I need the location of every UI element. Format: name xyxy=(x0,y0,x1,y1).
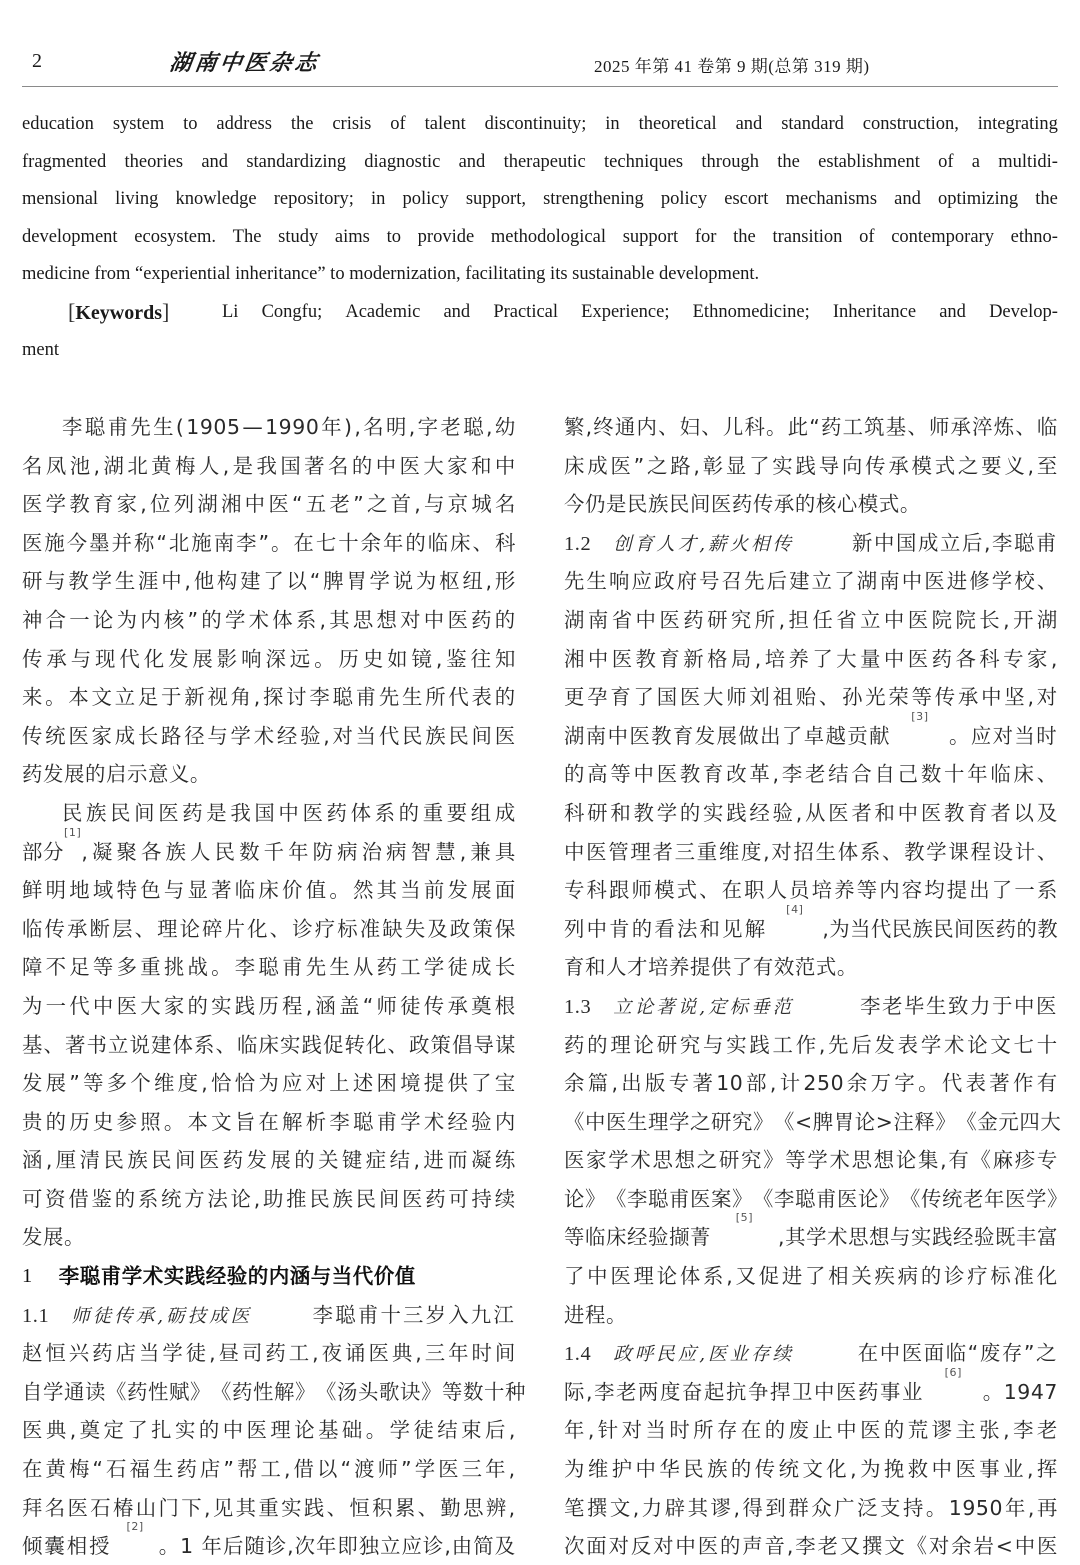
body-line: 繁,终通内、妇、儿科。此“药工筑基、师承淬炼、临 xyxy=(564,408,1058,447)
subsection-title: 创育人才,薪火相传 xyxy=(613,534,794,555)
text: 李聪甫十三岁入九江 xyxy=(313,1296,516,1335)
body-line-with-ref: 湖南中医教育发展做出了卓越贡献 [3] 。应对当时 xyxy=(564,717,1058,756)
body-line: 湘中医教育新格局,培养了大量中医药各科专家, xyxy=(564,640,1058,679)
body-line-with-ref: 际,李老两度奋起抗争捍卫中医药事业 [6] 。1947 xyxy=(564,1373,1058,1412)
abstract-line: educationsystemtoaddressthecrisisoftalen… xyxy=(22,110,1058,148)
text: 部分 xyxy=(22,833,64,872)
body-line: 赵恒兴药店当学徒,昼司药工,夜诵医典,三年时间 xyxy=(22,1334,516,1373)
subsection-number: 1.4 xyxy=(564,1343,591,1365)
english-abstract: educationsystemtoaddressthecrisisoftalen… xyxy=(22,110,1058,298)
body-line: 临传承断层、理论碎片化、诊疗标准缺失及政策保 xyxy=(22,910,516,949)
subsection-1-2-line: 1.2创育人才,薪火相传 新中国成立后,李聪甫 xyxy=(564,524,1058,563)
text: 。1947 xyxy=(983,1373,1058,1412)
body-line: 可资借鉴的系统方法论,助推民族民间医药可持续 xyxy=(22,1180,516,1219)
body-line: 涵,厘清民族民间医药发展的关键症结,进而凝练 xyxy=(22,1141,516,1180)
running-header: 2 湖南中医杂志 2025 年第 41 卷第 9 期(总第 319 期) xyxy=(22,46,1058,87)
issue-info: 2025 年第 41 卷第 9 期(总第 319 期) xyxy=(594,52,870,77)
body-line: 医学教育家,位列湖湘中医“五老”之首,与京城名 xyxy=(22,485,516,524)
subsection-1-1-line: 1.1师徒传承,砺技成医 李聪甫十三岁入九江 xyxy=(22,1296,516,1335)
keywords-text: LiCongfu;AcademicandPracticalExperience;… xyxy=(222,297,1058,335)
body-line: 医典,奠定了扎实的中医理论基础。学徒结束后, xyxy=(22,1411,516,1450)
body-line: 在黄梅“石福生药店”帮工,借以“渡师”学医三年, xyxy=(22,1450,516,1489)
body-line: 民族民间医药是我国中医药体系的重要组成 xyxy=(22,794,516,833)
subsection-number: 1.2 xyxy=(564,533,591,555)
citation-ref-1[interactable]: [1] xyxy=(64,833,81,872)
body-line: 发展”等多个维度,恰恰为应对上述困境提供了宝 xyxy=(22,1064,516,1103)
body-line: 先生响应政府号召先后建立了湖南中医进修学校、 xyxy=(564,562,1058,601)
body-line: 的高等中医教育改革,李老结合自己数十年临床、 xyxy=(564,755,1058,794)
body-line: 神合一论为内核”的学术体系,其思想对中医药的 xyxy=(22,601,516,640)
body-line: 贵的历史参照。本文旨在解析李聪甫学术经验内 xyxy=(22,1103,516,1142)
body-line: 基、著书立说建体系、临床实践促转化、政策倡导谋 xyxy=(22,1026,516,1065)
body-line: 为维护中华民族的传统文化,为挽救中医事业,挥 xyxy=(564,1450,1058,1489)
section-heading-1: 1 李聪甫学术实践经验的内涵与当代价值 xyxy=(22,1257,516,1296)
text: 列中肯的看法和见解 xyxy=(564,910,767,949)
body-line: 次面对反对中医的声音,李老又撰文《对余岩<中医 xyxy=(564,1527,1058,1565)
body-line: 药发展的启示意义。 xyxy=(22,755,516,794)
body-line: 来。本文立足于新视角,探讨李聪甫先生所代表的 xyxy=(22,678,516,717)
text: 倾囊相授 xyxy=(22,1527,112,1565)
body-line: 了中医理论体系,又促进了相关疾病的诊疗标准化 xyxy=(564,1257,1058,1296)
body-line: 名凤池,湖北黄梅人,是我国著名的中医大家和中 xyxy=(22,447,516,486)
body-line: 今仍是民族民间医药传承的核心模式。 xyxy=(564,485,1058,524)
abstract-line: fragmentedtheoriesandstandardizingdiagno… xyxy=(22,148,1058,186)
body-line: 湖南省中医药研究所,担任省立中医院院长,开湖 xyxy=(564,601,1058,640)
body-line: 研与教学生涯中,他构建了以“脾胃学说为枢纽,形 xyxy=(22,562,516,601)
subsection-1-3-line: 1.3立论著说,定标垂范 李老毕生致力于中医 xyxy=(564,987,1058,1026)
abstract-line: mensionallivingknowledgerepository;inpol… xyxy=(22,185,1058,223)
abstract-line: medicine from “experiential inheritance”… xyxy=(22,260,1058,298)
keywords-text-cont: ment xyxy=(22,335,1058,365)
keywords-line: [Keywords] LiCongfu;AcademicandPractical… xyxy=(22,297,1058,335)
subsection-title: 师徒传承,砺技成医 xyxy=(71,1306,252,1327)
text: 新中国成立后,李聪甫 xyxy=(852,524,1058,563)
subsection-title: 政呼民应,医业存续 xyxy=(613,1344,794,1365)
section-number: 1 xyxy=(22,1257,33,1296)
body-line: 医施今墨并称“北施南李”。在七十余年的临床、科 xyxy=(22,524,516,563)
body-line: 《中医生理学之研究》《<脾胃论>注释》《金元四大 xyxy=(564,1103,1058,1142)
text: 李老毕生致力于中医 xyxy=(860,987,1058,1026)
text: ,为当代民族民间医药的教 xyxy=(822,910,1058,949)
body-line: 更孕育了国医大师刘祖贻、孙光荣等传承中坚,对 xyxy=(564,678,1058,717)
citation-ref-3[interactable]: [3] xyxy=(911,717,928,756)
text: 等临床经验撷菁 xyxy=(564,1218,711,1257)
keywords: [Keywords] LiCongfu;AcademicandPractical… xyxy=(22,297,1058,365)
text: 湖南中医教育发展做出了卓越贡献 xyxy=(564,717,891,756)
text: 。1 年后随诊,次年即独立应诊,由简及 xyxy=(159,1527,516,1565)
body-line: 专科跟师模式、在职人员培养等内容均提出了一系 xyxy=(564,871,1058,910)
body-line: 药的理论研究与实践工作,先后发表学术论文七十 xyxy=(564,1026,1058,1065)
subsection-title: 立论著说,定标垂范 xyxy=(613,997,794,1018)
body-line: 笔撰文,力辟其谬,得到群众广泛支持。1950年,再 xyxy=(564,1489,1058,1528)
body-line: 发展。 xyxy=(22,1218,516,1257)
page-number: 2 xyxy=(32,50,42,73)
citation-ref-4[interactable]: [4] xyxy=(786,910,803,949)
abstract-line: developmentecosystem.Thestudyaimstoprovi… xyxy=(22,223,1058,261)
journal-name: 湖南中医杂志 xyxy=(168,46,322,77)
body-line: 余篇,出版专著10部,计250余万字。代表著作有 xyxy=(564,1064,1058,1103)
body-line: 床成医”之路,彰显了实践导向传承模式之要义,至 xyxy=(564,447,1058,486)
body-line: 鲜明地域特色与显著临床价值。然其当前发展面 xyxy=(22,871,516,910)
left-column: 李聪甫先生(1905—1990年),名明,字老聪,幼 名凤池,湖北黄梅人,是我国… xyxy=(22,408,516,1565)
citation-ref-6[interactable]: [6] xyxy=(945,1373,962,1412)
body-line: 为一代中医大家的实践历程,涵盖“师徒传承奠根 xyxy=(22,987,516,1026)
body-line: 年,针对当时所存在的废止中医的荒谬主张,李老 xyxy=(564,1411,1058,1450)
body-line: 医家学术思想之研究》等学术思想论集,有《麻疹专 xyxy=(564,1141,1058,1180)
body-line: 拜名医石椿山门下,见其重实践、恒积累、勤思辨, xyxy=(22,1489,516,1528)
subsection-number: 1.1 xyxy=(22,1305,49,1327)
body-line: 传承与现代化发展影响深远。历史如镜,鉴往知 xyxy=(22,640,516,679)
body-line: 育和人才培养提供了有效范式。 xyxy=(564,948,1058,987)
keywords-label-group: [Keywords] xyxy=(68,297,169,335)
body-line-with-ref: 列中肯的看法和见解 [4] ,为当代民族民间医药的教 xyxy=(564,910,1058,949)
section-title: 李聪甫学术实践经验的内涵与当代价值 xyxy=(59,1257,416,1296)
text: 际,李老两度奋起抗争捍卫中医药事业 xyxy=(564,1373,924,1412)
subsection-1-4-line: 1.4政呼民应,医业存续 在中医面临“废存”之 xyxy=(564,1334,1058,1373)
body-line: 论》《李聪甫医案》《李聪甫医论》《传统老年医学》 xyxy=(564,1180,1058,1219)
body-line: 自学通读《药性赋》《药性解》《汤头歌诀》等数十种 xyxy=(22,1373,516,1412)
body-line: 进程。 xyxy=(564,1296,1058,1335)
body-line-with-ref: 倾囊相授 [2] 。1 年后随诊,次年即独立应诊,由简及 xyxy=(22,1527,516,1565)
body-line: 障不足等多重挑战。李聪甫先生从药工学徒成长 xyxy=(22,948,516,987)
body-line-with-ref: 等临床经验撷菁 [5] ,其学术思想与实践经验既丰富 xyxy=(564,1218,1058,1257)
text: 。应对当时 xyxy=(949,717,1058,756)
subsection-number: 1.3 xyxy=(564,996,591,1018)
citation-ref-5[interactable]: [5] xyxy=(736,1218,753,1257)
bracket-close: ] xyxy=(162,299,169,324)
right-column: 繁,终通内、妇、儿科。此“药工筑基、师承淬炼、临 床成医”之路,彰显了实践导向传… xyxy=(564,408,1058,1565)
body-line: 李聪甫先生(1905—1990年),名明,字老聪,幼 xyxy=(22,408,516,447)
citation-ref-2[interactable]: [2] xyxy=(126,1527,143,1565)
text: ,其学术思想与实践经验既丰富 xyxy=(778,1218,1058,1257)
keywords-label: Keywords xyxy=(75,302,162,324)
body-line: 传统医家成长路径与学术经验,对当代民族民间医 xyxy=(22,717,516,756)
body-line: 科研和教学的实践经验,从医者和中医教育者以及 xyxy=(564,794,1058,833)
body-line: 中医管理者三重维度,对招生体系、教学课程设计、 xyxy=(564,833,1058,872)
body-line-with-ref: 部分 [1] ,凝聚各族人民数千年防病治病智慧,兼具 xyxy=(22,833,516,872)
